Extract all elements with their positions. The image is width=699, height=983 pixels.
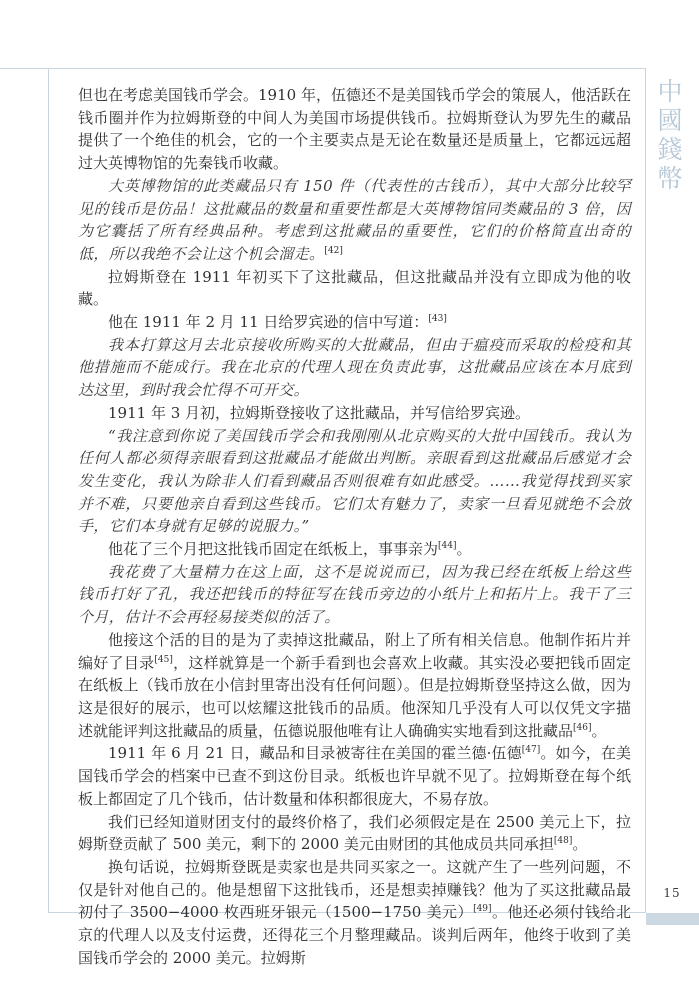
- frame-left-rule: [48, 68, 49, 913]
- quote-paragraph: 我花费了大量精力在这上面，这不是说说而已，因为我已经在纸板上给这些钱币打好了孔，…: [78, 561, 631, 629]
- body-paragraph: 1911 年 6 月 21 日，藏品和目录被寄往在美国的霍兰德·伍德[47]。如…: [78, 742, 631, 810]
- body-paragraph: 换句话说，拉姆斯登既是卖家也是共同买家之一。这就产生了一些列问题，不仅是针对他自…: [78, 856, 631, 970]
- footer-strip: [646, 913, 699, 925]
- frame-right-rule: [645, 68, 646, 913]
- body-paragraph: 我们已经知道财团支付的最终价格了，我们必须假定是在 2500 美元上下，拉姆斯登…: [78, 811, 631, 856]
- page-number: 15: [645, 886, 699, 900]
- body-paragraph: 拉姆斯登在 1911 年初买下了这批藏品，但这批藏品并没有立即成为他的收藏。: [78, 266, 631, 311]
- body-paragraph: 1911 年 3 月初，拉姆斯登接收了这批藏品，并写信给罗宾逊。: [78, 402, 631, 425]
- frame-top-rule: [0, 68, 646, 69]
- body-paragraph: 但也在考虑美国钱币学会。1910 年，伍德还不是美国钱币学会的策展人，他活跃在钱…: [78, 84, 631, 175]
- body-paragraph: 他花了三个月把这批钱币固定在纸板上，事事亲为[44]。: [78, 538, 631, 561]
- margin-title-calligraphy: 中國錢幣: [651, 78, 685, 208]
- quote-paragraph: 我本打算这月去北京接收所购买的大批藏品，但由于瘟疫而采取的检疫和其他措施而不能成…: [78, 334, 631, 402]
- book-page: 中國錢幣 15 但也在考虑美国钱币学会。1910 年，伍德还不是美国钱币学会的策…: [0, 0, 699, 983]
- footnote-marker: [49]: [473, 904, 491, 914]
- quote-paragraph: 大英博物馆的此类藏品只有 150 件（代表性的古钱币），其中大部分比较罕见的钱币…: [78, 175, 631, 266]
- footnote-marker: [47]: [522, 745, 540, 755]
- page-content: 但也在考虑美国钱币学会。1910 年，伍德还不是美国钱币学会的策展人，他活跃在钱…: [78, 84, 631, 969]
- footnote-marker: [44]: [438, 541, 456, 551]
- quote-paragraph: “我注意到你说了美国钱币学会和我刚刚从北京购买的大批中国钱币。我认为任何人都必须…: [78, 425, 631, 539]
- footnote-marker: [45]: [154, 655, 172, 665]
- footnote-marker: [48]: [554, 836, 572, 846]
- footnote-marker: [46]: [573, 723, 591, 733]
- body-paragraph: 他接这个活的目的是为了卖掉这批藏品，附上了所有相关信息。他制作拓片并编好了目录[…: [78, 629, 631, 743]
- body-paragraph: 他在 1911 年 2 月 11 日给罗宾逊的信中写道：[43]: [78, 311, 631, 334]
- footnote-marker: [42]: [324, 246, 342, 256]
- footnote-marker: [43]: [428, 314, 446, 324]
